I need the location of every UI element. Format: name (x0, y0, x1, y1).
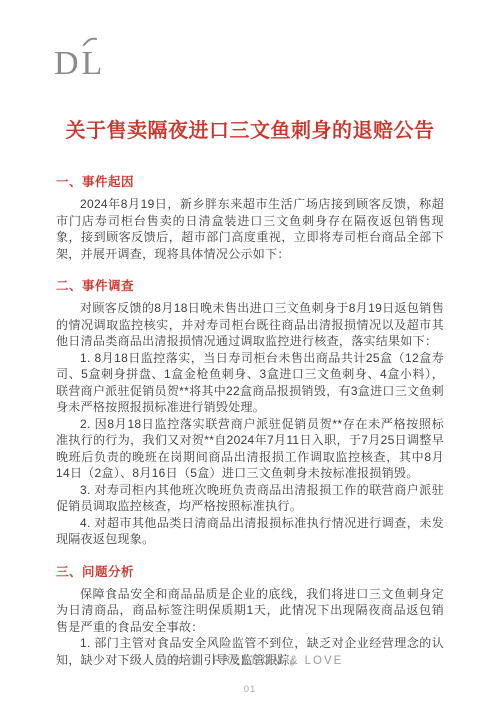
page-number: 01 (0, 684, 500, 695)
section-heading: 二、事件调查 (56, 278, 444, 295)
page-footer: 自由·爱FREEDOM & LOVE 01 (0, 652, 500, 706)
logo-accent-mark (83, 37, 97, 47)
slogan-chinese: 自由·爱 (157, 655, 203, 667)
brand-slogan: 自由·爱FREEDOM & LOVE (0, 652, 500, 668)
paragraph: 1. 8月18日监控落实，当日寿司柜台未售出商品共计25盒（12盒寿司、5盒刺身… (56, 350, 444, 416)
logo-text: DL (54, 45, 105, 82)
paragraph: 对顾客反馈的8月18日晚未售出进口三文鱼刺身于8月19日返包销售的情况调取监控核… (56, 300, 444, 350)
brand-logo: DL (54, 44, 105, 86)
announcement-page: DL 关于售卖隔夜进口三文鱼刺身的退赔公告 一、事件起因2024年8月19日，新… (0, 0, 500, 706)
slogan-english: FREEDOM & LOVE (213, 655, 343, 667)
document-body: 一、事件起因2024年8月19日，新乡胖东来超市生活广场店接到顾客反馈，称超市门… (56, 174, 444, 668)
paragraph: 3. 对寿司柜内其他班次晚班负责商品出清报损工作的联营商户派驻促销员调取监控核查… (56, 482, 444, 515)
paragraph: 保障食品安全和商品品质是企业的底线，我们将进口三文鱼刺身定为日清商品，商品标签注… (56, 586, 444, 636)
paragraph: 2024年8月19日，新乡胖东来超市生活广场店接到顾客反馈，称超市门店寿司柜台售… (56, 196, 444, 262)
paragraph: 4. 对超市其他品类日清商品出清报损标准执行情况进行调查，未发现隔夜返包现象。 (56, 515, 444, 548)
section-2: 二、事件调查对顾客反馈的8月18日晚未售出进口三文鱼刺身于8月19日返包销售的情… (56, 278, 444, 548)
section-1: 一、事件起因2024年8月19日，新乡胖东来超市生活广场店接到顾客反馈，称超市门… (56, 174, 444, 262)
section-heading: 一、事件起因 (56, 174, 444, 191)
section-heading: 三、问题分析 (56, 564, 444, 581)
paragraph: 2. 因8月18日监控落实联营商户派驻促销员贺**存在未严格按照标准执行的行为，… (56, 416, 444, 482)
page-title: 关于售卖隔夜进口三文鱼刺身的退赔公告 (56, 118, 444, 144)
